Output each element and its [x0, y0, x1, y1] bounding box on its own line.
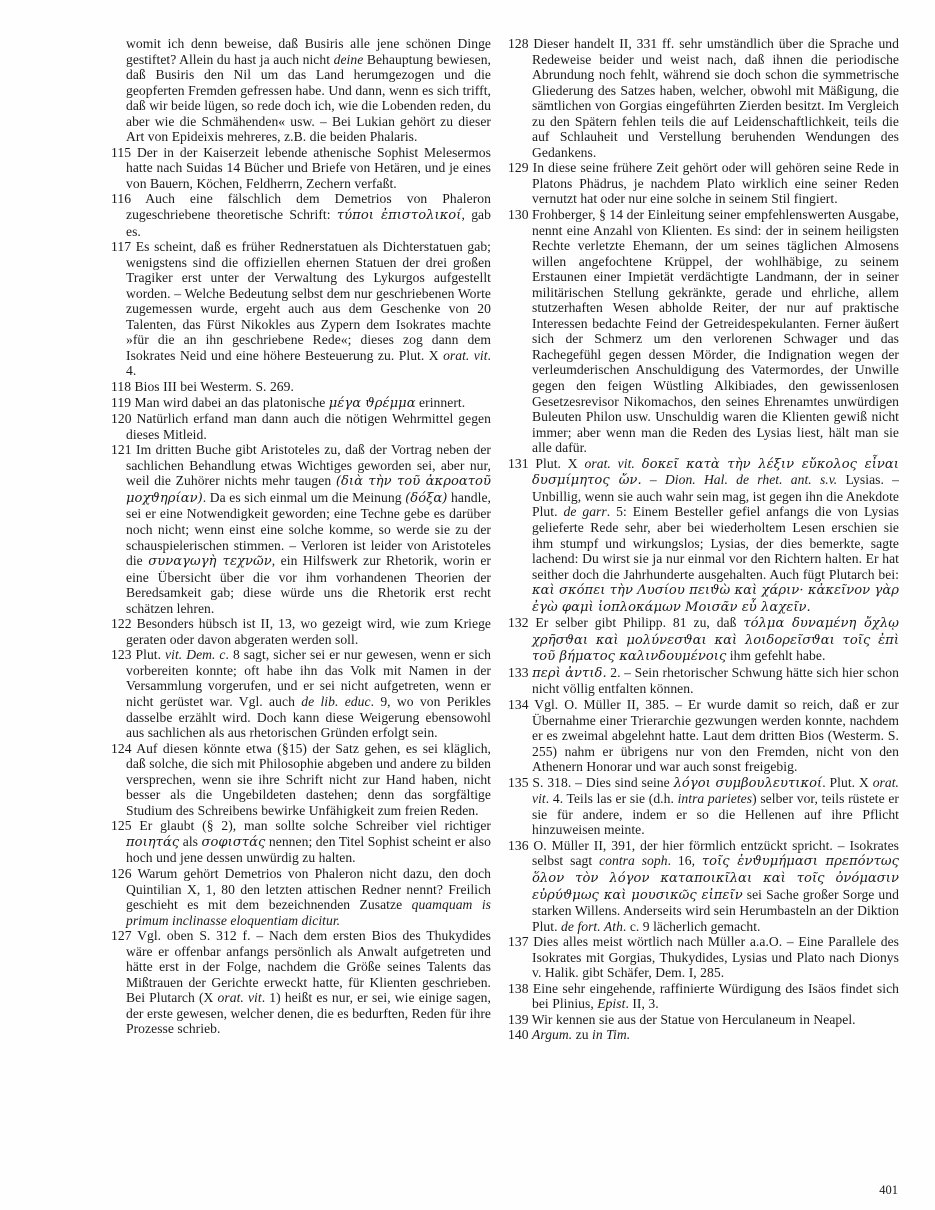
italic-phrase: Epist — [597, 996, 625, 1011]
footnote-number: 131 — [508, 456, 529, 471]
text-run: Plut. — [136, 647, 166, 662]
footnote-129: 129 In diese seine frühere Zeit gehört o… — [508, 160, 899, 207]
footnote-number: 132 — [508, 615, 529, 630]
italic-phrase: de fort. Ath — [561, 919, 623, 934]
greek-phrase: περὶ ἀντιδ. — [532, 666, 607, 681]
text-run: Man wird dabei an das platonische — [135, 395, 329, 410]
footnote-number: 138 — [508, 981, 529, 996]
footnote-number: 127 — [111, 928, 132, 943]
footnote-124: 124 Auf diesen könnte etwa (§15) der Sat… — [111, 741, 491, 819]
footnote-121: 121 Im dritten Buche gibt Aristoteles zu… — [111, 442, 491, 616]
greek-phrase: ποιητάς — [126, 835, 179, 850]
greek-phrase: λόγοι συμβουλευτικοί — [674, 776, 823, 791]
footnote-number: 116 — [111, 191, 131, 206]
greek-phrase: τύποι ἐπιστολικοί — [337, 208, 462, 223]
footnote-119: 119 Man wird dabei an das platonische μέ… — [111, 395, 491, 412]
italic-phrase: deine — [334, 52, 364, 67]
greek-phrase: σοφιστάς — [202, 835, 266, 850]
greek-phrase: καὶ σκόπει τὴν Λυσίου πειϑὼ καὶ χάριν· κ… — [532, 583, 899, 615]
footnote-128: 128 Dieser handelt II, 331 ff. sehr umst… — [508, 36, 899, 160]
footnote-number: 120 — [111, 411, 132, 426]
text-run: Eine sehr eingehende, raffinierte Würdig… — [532, 981, 899, 1012]
text-run: S. 318. – Dies sind seine — [532, 775, 673, 790]
footnote-number: 124 — [111, 741, 132, 756]
footnote-number: 130 — [508, 207, 529, 222]
footnote-number: 117 — [111, 239, 131, 254]
footnote-number: 129 — [508, 160, 529, 175]
footnote-132: 132 Er selber gibt Philipp. 81 zu, daß τ… — [508, 615, 899, 665]
footnote-number: 136 — [508, 838, 529, 853]
text-run: zu — [572, 1027, 592, 1042]
footnote-number: 140 — [508, 1027, 529, 1042]
footnote-number: 122 — [111, 616, 132, 631]
italic-phrase: orat. vit — [443, 348, 487, 363]
text-run: In diese seine frühere Zeit gehört oder … — [532, 160, 899, 206]
footnote-127: 127 Vgl. oben S. 312 f. – Nach dem erste… — [111, 928, 491, 1037]
text-run: ihm gefehlt habe. — [726, 648, 825, 663]
text-run: Dies alles meist wörtlich nach Müller a.… — [532, 934, 899, 980]
footnote-135: 135 S. 318. – Dies sind seine λόγοι συμβ… — [508, 775, 899, 838]
footnote-number: 133 — [508, 665, 529, 680]
text-run: als — [179, 834, 201, 849]
italic-phrase: orat. vit — [218, 990, 262, 1005]
italic-phrase: contra soph — [599, 853, 668, 868]
page-number: 401 — [879, 1183, 898, 1198]
footnote-117: 117 Es scheint, daß es früher Rednerstat… — [111, 239, 491, 379]
text-run: Bios III bei Westerm. S. 269. — [135, 379, 294, 394]
text-run: . II, 3. — [625, 996, 658, 1011]
footnote-number: 121 — [111, 442, 132, 457]
text-run: . 4. Teils las er sie (d.h. — [546, 791, 678, 806]
footnote-126: 126 Warum gehört Demetrios von Phaleron … — [111, 866, 491, 928]
text-run: . c. 9 lächerlich gemacht. — [623, 919, 761, 934]
footnote-130: 130 Frohberger, § 14 der Einleitung sein… — [508, 207, 899, 456]
footnote-120: 120 Natürlich erfand man dann auch die n… — [111, 411, 491, 442]
footnote-139: 139 Wir kennen sie aus der Statue von He… — [508, 1012, 899, 1028]
italic-phrase: orat. vit. — [585, 456, 642, 471]
text-run: Auf diesen könnte etwa (§15) der Satz ge… — [126, 741, 491, 818]
footnote-number: 137 — [508, 934, 529, 949]
footnote-number: 119 — [111, 395, 131, 410]
footnote-136: 136 O. Müller II, 391, der hier förmlich… — [508, 838, 899, 934]
footnote-number: 134 — [508, 697, 529, 712]
footnote-131: 131 Plut. X orat. vit. δοκεῖ κατὰ τὴν λέ… — [508, 456, 899, 615]
text-run: Der in der Kaiserzeit lebende athenische… — [126, 145, 491, 191]
text-run: erinnert. — [416, 395, 466, 410]
text-run: Wir kennen sie aus der Statue von Hercul… — [532, 1012, 856, 1027]
text-run: Vgl. O. Müller II, 385. – Er wurde damit… — [532, 697, 899, 774]
footnote-number: 115 — [111, 145, 131, 160]
italic-phrase: vit. Dem. c — [165, 647, 225, 662]
text-run: . 16, — [668, 853, 702, 868]
left-column: womit ich denn beweise, daß Busiris alle… — [111, 36, 491, 1037]
text-run: Besonders hübsch ist II, 13, wo gezeigt … — [126, 616, 491, 647]
text-run: Es scheint, daß es früher Rednerstatuen … — [126, 239, 491, 363]
book-page: womit ich denn beweise, daß Busiris alle… — [0, 0, 935, 1210]
text-run: Er glaubt (§ 2), man sollte solche Schre… — [139, 818, 491, 833]
italic-phrase: de lib. educ — [301, 694, 370, 709]
greek-phrase: (δόξα) — [405, 491, 447, 506]
italic-phrase: Argum. — [532, 1027, 572, 1042]
footnote-number: 123 — [111, 647, 132, 662]
footnote-116: 116 Auch eine fälschlich dem Demetrios v… — [111, 191, 491, 239]
text-run: Natürlich erfand man dann auch die nötig… — [126, 411, 491, 442]
italic-phrase: Dion. Hal. de rhet. ant. s.v. — [665, 472, 837, 487]
footnote-number: 135 — [508, 775, 529, 790]
text-run: – — [642, 472, 665, 487]
footnote-115: 115 Der in der Kaiserzeit lebende atheni… — [111, 145, 491, 192]
greek-phrase: συναγωγὴ τεχνῶν — [148, 554, 272, 569]
footnote-118: 118 Bios III bei Westerm. S. 269. — [111, 379, 491, 395]
footnote-123: 123 Plut. vit. Dem. c. 8 sagt, sicher se… — [111, 647, 491, 740]
footnote-number: 125 — [111, 818, 132, 833]
footnote-number: 128 — [508, 36, 529, 51]
footnote-140: 140 Argum. zu in Tim. — [508, 1027, 899, 1043]
footnote-number: 118 — [111, 379, 131, 394]
italic-phrase: in Tim. — [592, 1027, 630, 1042]
italic-phrase: intra parietes — [678, 791, 753, 806]
footnote-number: 139 — [508, 1012, 529, 1027]
greek-phrase: μέγα ϑρέμμα — [329, 396, 416, 411]
footnote-133: 133 περὶ ἀντιδ. 2. – Sein rhetorischer S… — [508, 665, 899, 697]
text-run: Dieser handelt II, 331 ff. sehr umständl… — [532, 36, 899, 160]
text-run: Frohberger, § 14 der Einleitung seiner e… — [532, 207, 899, 455]
text-run: Plut. X — [535, 456, 584, 471]
text-run: Er selber gibt Philipp. 81 zu, daß — [535, 615, 743, 630]
italic-phrase: de garr — [564, 504, 607, 519]
footnote-number: 126 — [111, 866, 132, 881]
text-run: . Da es sich einmal um die Meinung — [203, 490, 405, 505]
right-column: 128 Dieser handelt II, 331 ff. sehr umst… — [508, 36, 899, 1043]
footnote-134: 134 Vgl. O. Müller II, 385. – Er wurde d… — [508, 697, 899, 775]
footnote-125: 125 Er glaubt (§ 2), man sollte solche S… — [111, 818, 491, 866]
footnote-122: 122 Besonders hübsch ist II, 13, wo geze… — [111, 616, 491, 647]
footnote-137: 137 Dies alles meist wörtlich nach Mülle… — [508, 934, 899, 981]
continued-paragraph: womit ich denn beweise, daß Busiris alle… — [111, 36, 491, 145]
footnote-138: 138 Eine sehr eingehende, raffinierte Wü… — [508, 981, 899, 1012]
text-run: . Plut. X — [822, 775, 872, 790]
